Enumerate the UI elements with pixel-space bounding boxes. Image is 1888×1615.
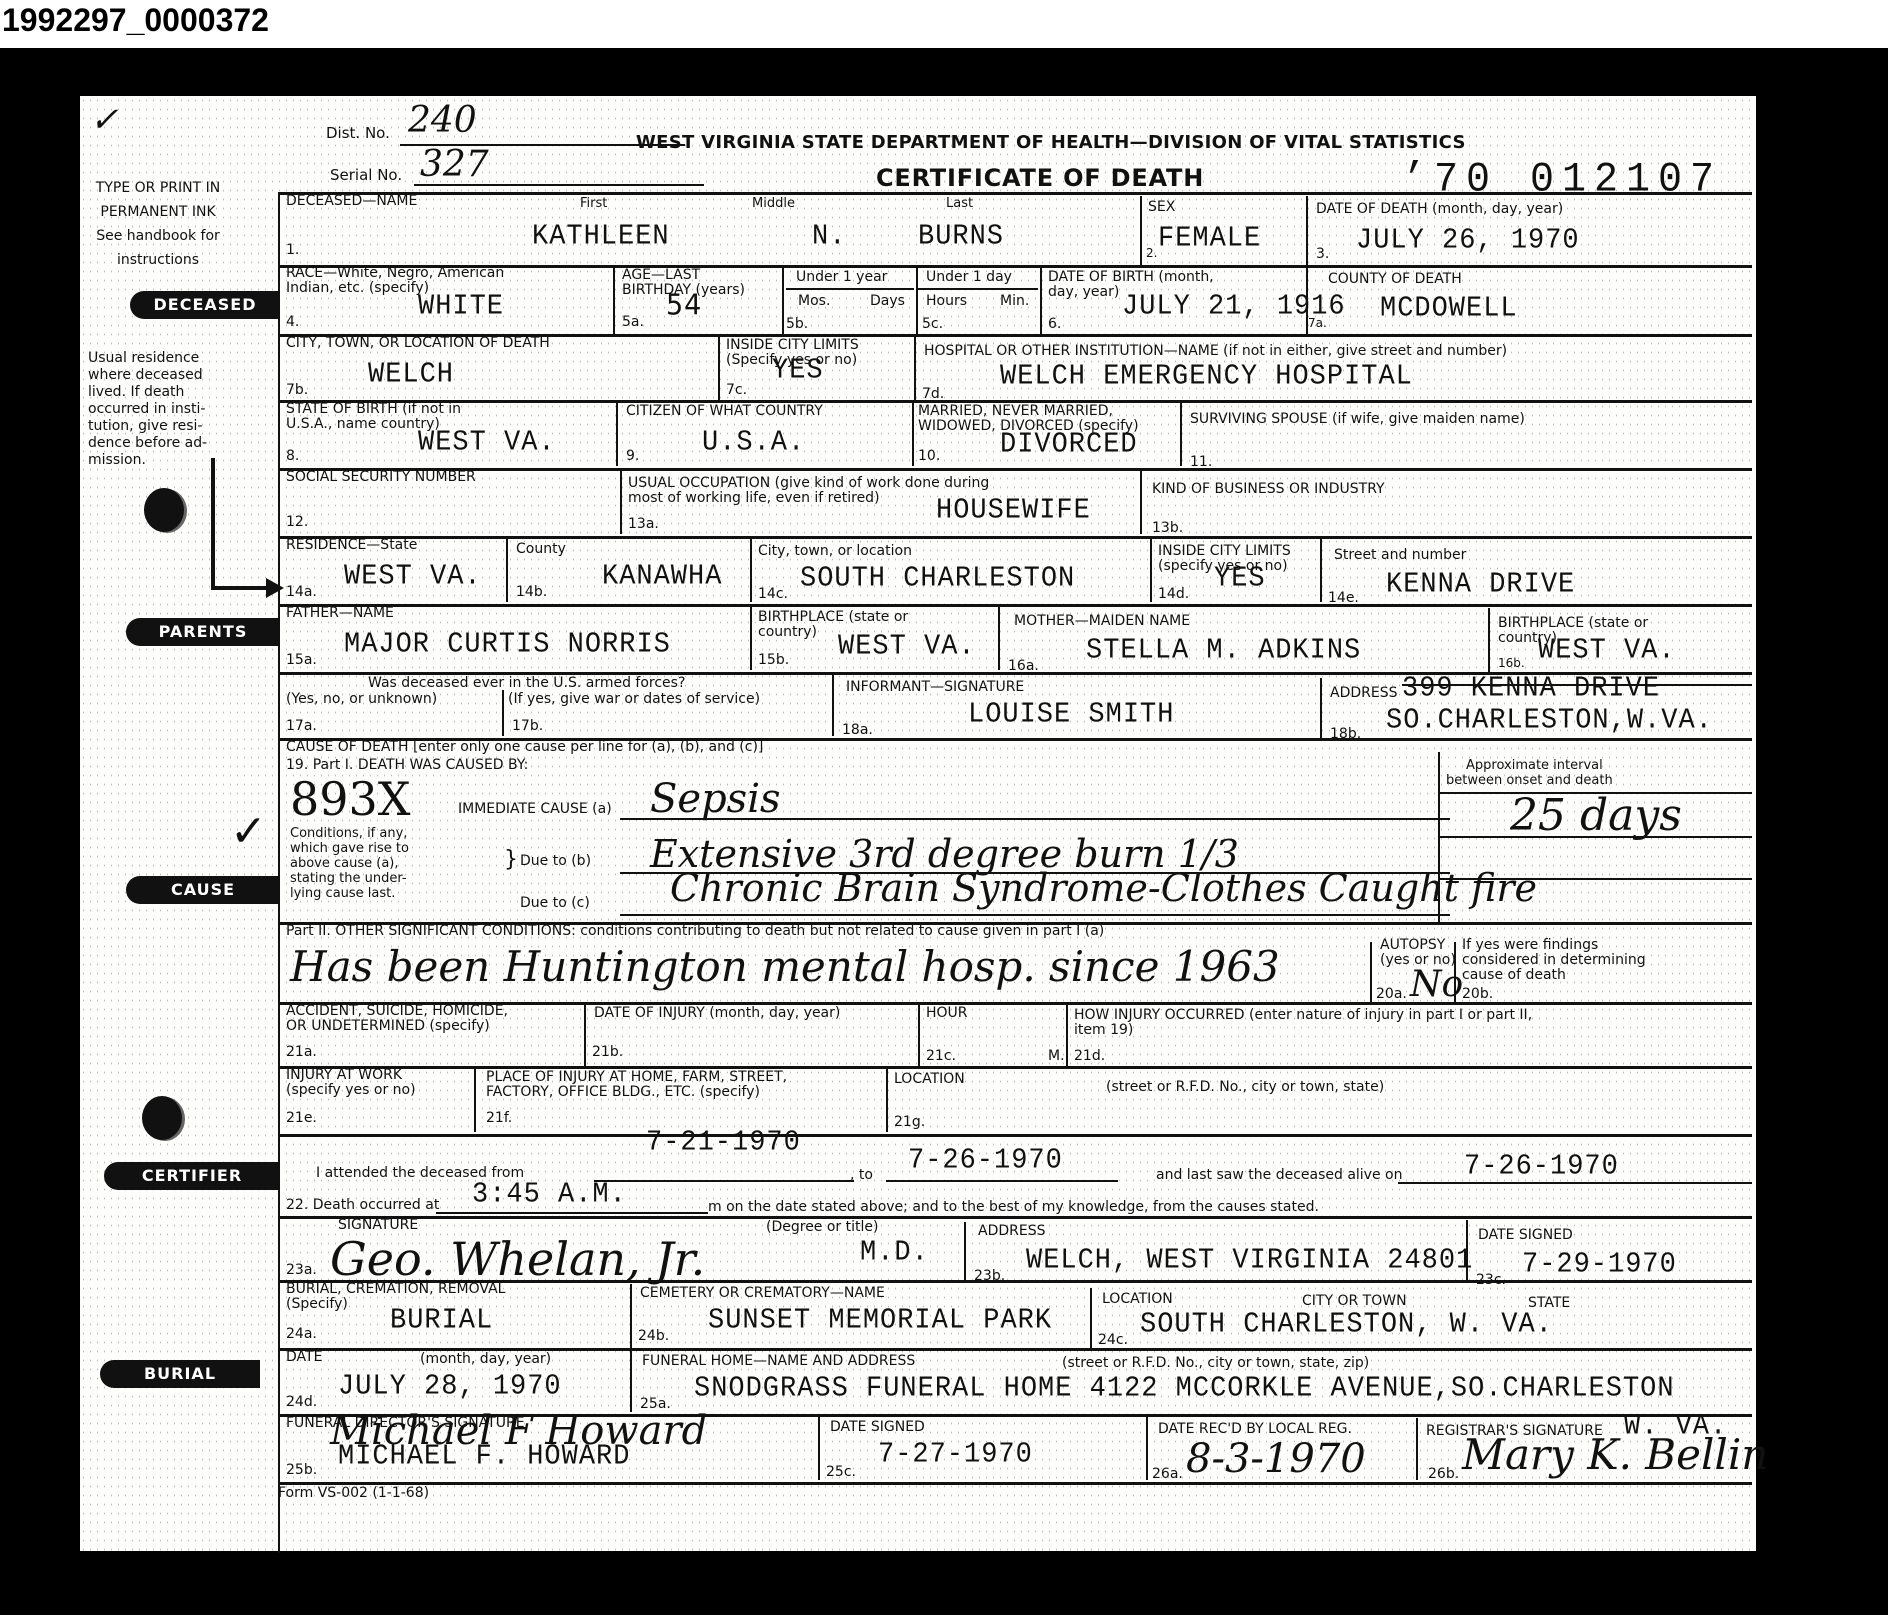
residence-street: KENNA DRIVE bbox=[1386, 569, 1575, 601]
divider bbox=[613, 268, 615, 334]
divider bbox=[786, 288, 914, 290]
brace-icon: } bbox=[504, 852, 518, 867]
to-label: , to bbox=[850, 1168, 873, 1183]
sex-label: SEX bbox=[1148, 200, 1175, 215]
occupation-value: HOUSEWIFE bbox=[936, 495, 1091, 527]
arrow-icon bbox=[211, 458, 215, 590]
item-number: 24d. bbox=[286, 1394, 317, 1410]
dist-no-label: Dist. No. bbox=[326, 126, 390, 141]
divider bbox=[1140, 470, 1142, 534]
part1-label: 19. Part I. DEATH WAS CAUSED BY: bbox=[286, 758, 528, 773]
section-tab-parents: PARENTS bbox=[126, 618, 280, 646]
armed-forces-b-label: (If yes, give war or dates of service) bbox=[508, 692, 760, 707]
injury-how-label: HOW INJURY OCCURRED (enter nature of inj… bbox=[1074, 1008, 1532, 1038]
inside-city-limits: YES bbox=[772, 355, 824, 387]
divider bbox=[1140, 196, 1142, 266]
divider bbox=[912, 402, 914, 466]
burial-city-label: CITY OR TOWN bbox=[1302, 1294, 1407, 1309]
father-name-label: FATHER—NAME bbox=[286, 606, 394, 621]
days-label: Days bbox=[870, 294, 905, 309]
certifier-address: WELCH, WEST VIRGINIA 24801 bbox=[1026, 1245, 1473, 1277]
item-number: 7c. bbox=[726, 382, 747, 398]
received-date-label: DATE REC'D BY LOCAL REG. bbox=[1158, 1422, 1352, 1437]
divider bbox=[914, 336, 916, 400]
findings-label: If yes were findingsconsidered in determ… bbox=[1462, 938, 1646, 983]
cause-code: 893X bbox=[290, 772, 411, 826]
divider bbox=[1040, 268, 1042, 334]
divider bbox=[278, 192, 1752, 195]
attended-to: 7-26-1970 bbox=[908, 1145, 1063, 1177]
item-number: 26a. bbox=[1152, 1466, 1183, 1482]
item-number: 9. bbox=[626, 448, 639, 464]
father-name: MAJOR CURTIS NORRIS bbox=[344, 629, 671, 661]
burial-location-label: LOCATION bbox=[1102, 1292, 1173, 1307]
item-number: 21g. bbox=[894, 1114, 925, 1130]
residence-county-label: County bbox=[516, 542, 566, 557]
interval-label: Approximate intervalbetween onset and de… bbox=[1446, 758, 1613, 788]
item-number: 21e. bbox=[286, 1110, 317, 1126]
punch-hole bbox=[142, 1096, 182, 1140]
under-1-day-label: Under 1 day bbox=[926, 270, 1012, 285]
section-tab-deceased: DECEASED bbox=[130, 291, 280, 319]
residence-note: Usual residence where deceased lived. If… bbox=[88, 350, 274, 469]
disposition-value: BURIAL bbox=[390, 1305, 493, 1337]
item-number: 1. bbox=[286, 242, 299, 258]
burial-date: JULY 28, 1970 bbox=[338, 1371, 562, 1403]
residence-state: WEST VA. bbox=[344, 561, 482, 593]
conditions-note: Conditions, if any,which gave rise toabo… bbox=[290, 826, 409, 901]
residence-inside-limits: YES bbox=[1214, 563, 1266, 595]
director-date-label: DATE SIGNED bbox=[830, 1420, 925, 1435]
date-of-death-label: DATE OF DEATH (month, day, year) bbox=[1316, 202, 1563, 217]
item-number: 21a. bbox=[286, 1044, 317, 1060]
item-number: 25c. bbox=[826, 1464, 856, 1480]
divider bbox=[630, 1350, 632, 1412]
divider bbox=[414, 184, 704, 186]
due-to-c: Chronic Brain Syndrome-Clothes Caught fi… bbox=[670, 866, 1537, 910]
burial-date-hint: (month, day, year) bbox=[420, 1352, 551, 1367]
divider bbox=[1402, 684, 1752, 686]
item-number: 14d. bbox=[1158, 586, 1189, 602]
middle-label: Middle bbox=[752, 196, 795, 211]
citizen-label: CITIZEN OF WHAT COUNTRY bbox=[626, 404, 823, 419]
immediate-cause-label: IMMEDIATE CAUSE (a) bbox=[458, 802, 612, 817]
divider bbox=[1180, 402, 1182, 466]
item-number: 4. bbox=[286, 314, 299, 330]
divider bbox=[278, 1134, 1752, 1137]
divider bbox=[1440, 878, 1752, 880]
arrow-icon bbox=[211, 586, 269, 590]
divider bbox=[1066, 1004, 1068, 1066]
item-number: 14b. bbox=[516, 584, 547, 600]
under-1-year-label: Under 1 year bbox=[796, 270, 887, 285]
divider bbox=[278, 468, 1752, 471]
date-of-death: JULY 26, 1970 bbox=[1356, 225, 1580, 257]
item-number: 5c. bbox=[922, 316, 943, 332]
item-number: 26b. bbox=[1428, 1466, 1459, 1482]
surviving-spouse-label: SURVIVING SPOUSE (if wife, give maiden n… bbox=[1190, 412, 1525, 427]
citizen-value: U.S.A. bbox=[702, 427, 805, 459]
death-time: 3:45 A.M. bbox=[472, 1179, 627, 1211]
informant-address-line1: 399 KENNA DRIVE bbox=[1402, 673, 1660, 705]
item-number: 2. bbox=[1146, 246, 1157, 260]
divider bbox=[474, 1068, 476, 1132]
registrar-signature: Mary K. Bellin bbox=[1462, 1430, 1768, 1479]
divider bbox=[616, 402, 618, 466]
item-number: 20a. bbox=[1376, 986, 1407, 1002]
section-tab-cause: CAUSE bbox=[126, 876, 280, 904]
item-number: 25b. bbox=[286, 1462, 317, 1478]
divider bbox=[918, 1004, 920, 1066]
item-number: 24c. bbox=[1098, 1332, 1128, 1348]
armed-forces-a-label: (Yes, no, or unknown) bbox=[286, 692, 437, 707]
marital-status: DIVORCED bbox=[1000, 429, 1138, 461]
residence-county: KANAWHA bbox=[602, 561, 722, 593]
divider bbox=[278, 604, 1752, 607]
divider bbox=[620, 914, 1450, 916]
item-number: 3. bbox=[1316, 246, 1329, 262]
deceased-name-label: DECEASED—NAME bbox=[286, 194, 417, 209]
item-number: 17b. bbox=[512, 718, 543, 734]
due-to-b-label: Due to (b) bbox=[520, 854, 591, 869]
item-number: 7b. bbox=[286, 382, 308, 398]
item-number: 23a. bbox=[286, 1262, 317, 1278]
residence-state-label: RESIDENCE—State bbox=[286, 538, 417, 553]
form-id: Form VS-002 (1-1-68) bbox=[278, 1486, 429, 1501]
item-number: 15a. bbox=[286, 652, 317, 668]
divider bbox=[278, 1482, 1752, 1485]
divider bbox=[1466, 1220, 1468, 1280]
residence-street-label: Street and number bbox=[1334, 548, 1466, 563]
punch-hole bbox=[144, 488, 184, 532]
divider bbox=[1488, 608, 1490, 672]
divider bbox=[1150, 538, 1152, 602]
item-number: 21f. bbox=[486, 1110, 512, 1126]
divider bbox=[1090, 1288, 1092, 1350]
injury-at-work-label: INJURY AT WORK(specify yes or no) bbox=[286, 1068, 416, 1098]
director-date: 7-27-1970 bbox=[878, 1439, 1033, 1471]
injury-location-label: LOCATION bbox=[894, 1072, 965, 1087]
last-seen-label: and last saw the deceased alive on bbox=[1156, 1168, 1402, 1183]
injury-hour-label: HOUR bbox=[926, 1006, 968, 1021]
death-time-suffix: m on the date stated above; and to the b… bbox=[708, 1200, 1319, 1215]
section-tab-certifier: CERTIFIER bbox=[104, 1162, 280, 1190]
item-number: 20b. bbox=[1462, 986, 1493, 1002]
divider bbox=[718, 336, 720, 400]
divider bbox=[1320, 678, 1322, 738]
divider bbox=[1320, 538, 1322, 602]
item-number: 5b. bbox=[786, 316, 808, 332]
divider bbox=[1416, 1418, 1418, 1480]
divider bbox=[584, 1004, 586, 1066]
item-number: 8. bbox=[286, 448, 299, 464]
cemetery-name: SUNSET MEMORIAL PARK bbox=[708, 1305, 1052, 1337]
item-number: 15b. bbox=[758, 652, 789, 668]
injury-type-label: ACCIDENT, SUICIDE, HOMICIDE,OR UNDETERMI… bbox=[286, 1004, 508, 1034]
item-number: 24a. bbox=[286, 1326, 317, 1342]
degree-label: (Degree or title) bbox=[766, 1220, 878, 1235]
check-mark-icon: ✓ bbox=[90, 100, 119, 140]
county-of-death: MCDOWELL bbox=[1380, 293, 1518, 325]
race-value: WHITE bbox=[418, 291, 504, 323]
divider bbox=[620, 818, 1450, 820]
item-number: 24b. bbox=[638, 1328, 669, 1344]
due-to-c-label: Due to (c) bbox=[520, 896, 590, 911]
item-number: 17a. bbox=[286, 718, 317, 734]
certificate-number: ’70 012107 bbox=[1402, 157, 1722, 204]
agency-heading: WEST VIRGINIA STATE DEPARTMENT OF HEALTH… bbox=[636, 132, 1466, 153]
city-of-death-label: CITY, TOWN, OR LOCATION OF DEATH bbox=[286, 336, 550, 351]
business-label: KIND OF BUSINESS OR INDUSTRY bbox=[1152, 482, 1385, 497]
item-number: 13b. bbox=[1152, 520, 1183, 536]
attended-from: 7-21-1970 bbox=[646, 1127, 801, 1159]
degree-value: M.D. bbox=[860, 1237, 929, 1269]
dist-no: 240 bbox=[408, 100, 477, 141]
state-of-birth: WEST VA. bbox=[418, 427, 556, 459]
item-number: 10. bbox=[918, 448, 940, 464]
city-of-death: WELCH bbox=[368, 359, 454, 391]
item-number: 13a. bbox=[628, 516, 659, 532]
months-label: Mos. bbox=[798, 294, 830, 309]
last-name: BURNS bbox=[918, 221, 1004, 253]
cemetery-label: CEMETERY OR CREMATORY—NAME bbox=[640, 1286, 885, 1301]
item-number: 21d. bbox=[1074, 1048, 1105, 1064]
funeral-home: SNODGRASS FUNERAL HOME 4122 MCCORKLE AVE… bbox=[694, 1373, 1675, 1405]
mother-name: STELLA M. ADKINS bbox=[1086, 635, 1361, 667]
received-date: 8-3-1970 bbox=[1186, 1436, 1366, 1482]
burial-location: SOUTH CHARLESTON, W. VA. bbox=[1140, 1309, 1553, 1341]
check-mark-icon: ✓ bbox=[230, 806, 267, 857]
divider bbox=[1370, 942, 1372, 1004]
arrow-head-icon bbox=[266, 578, 284, 598]
divider bbox=[1398, 1182, 1752, 1184]
mother-birthplace: WEST VA. bbox=[1538, 635, 1676, 667]
divider bbox=[832, 674, 834, 736]
divider bbox=[918, 288, 1038, 290]
divider bbox=[1440, 836, 1752, 838]
burial-date-label: DATE bbox=[286, 1350, 322, 1365]
ssn-label: SOCIAL SECURITY NUMBER bbox=[286, 470, 476, 485]
divider bbox=[964, 1222, 966, 1280]
divider bbox=[502, 690, 504, 736]
hospital-label: HOSPITAL OR OTHER INSTITUTION—NAME (if n… bbox=[924, 344, 1507, 359]
immediate-cause: Sepsis bbox=[650, 776, 781, 822]
minutes-label: Min. bbox=[1000, 294, 1029, 309]
divider bbox=[436, 1212, 708, 1214]
divider bbox=[818, 1416, 820, 1480]
last-label: Last bbox=[946, 196, 973, 211]
first-label: First bbox=[580, 196, 607, 211]
sex-value: FEMALE bbox=[1158, 223, 1261, 255]
serial-no-label: Serial No. bbox=[330, 168, 402, 183]
item-number: 21c. bbox=[926, 1048, 956, 1064]
first-name: KATHLEEN bbox=[532, 221, 670, 253]
armed-forces-question: Was deceased ever in the U.S. armed forc… bbox=[368, 676, 685, 691]
date-signed-label: DATE SIGNED bbox=[1478, 1228, 1573, 1243]
divider bbox=[506, 538, 508, 602]
hour-suffix: M. bbox=[1048, 1048, 1065, 1064]
item-number: 16b. bbox=[1498, 656, 1525, 670]
divider bbox=[278, 1216, 1752, 1219]
item-number: 5a. bbox=[622, 314, 644, 330]
residence-city: SOUTH CHARLESTON bbox=[800, 563, 1075, 595]
interval-value: 25 days bbox=[1510, 790, 1682, 841]
item-number: 14a. bbox=[286, 584, 317, 600]
funeral-home-hint: (street or R.F.D. No., city or town, sta… bbox=[1062, 1356, 1369, 1371]
divider bbox=[620, 470, 622, 534]
certificate-page: ✓ Dist. No. 240 Serial No. 327 WEST VIRG… bbox=[80, 96, 1756, 1551]
divider bbox=[750, 606, 752, 670]
item-number: 18a. bbox=[842, 722, 873, 738]
divider bbox=[886, 1180, 1118, 1182]
divider bbox=[998, 606, 1000, 670]
informant-address-line2: SO.CHARLESTON,W.VA. bbox=[1386, 705, 1713, 737]
funeral-home-label: FUNERAL HOME—NAME AND ADDRESS bbox=[642, 1354, 915, 1369]
divider bbox=[630, 1284, 632, 1348]
mother-name-label: MOTHER—MAIDEN NAME bbox=[1014, 614, 1190, 629]
serial-no: 327 bbox=[420, 144, 489, 185]
divider bbox=[1306, 196, 1308, 266]
divider bbox=[594, 1180, 854, 1182]
ink-instructions: TYPE OR PRINT IN PERMANENT INK See handb… bbox=[88, 176, 228, 272]
hours-label: Hours bbox=[926, 294, 967, 309]
top-band: 1992297_0000372 bbox=[0, 0, 1888, 48]
divider bbox=[278, 536, 1752, 539]
divider bbox=[782, 268, 784, 334]
other-conditions: Has been Huntington mental hosp. since 1… bbox=[290, 942, 1280, 991]
hospital-name: WELCH EMERGENCY HOSPITAL bbox=[1000, 361, 1413, 393]
informant-label: INFORMANT—SIGNATURE bbox=[846, 680, 1024, 695]
residence-city-label: City, town, or location bbox=[758, 544, 912, 559]
informant-name: LOUISE SMITH bbox=[968, 699, 1174, 731]
injury-date-label: DATE OF INJURY (month, day, year) bbox=[594, 1006, 840, 1021]
funeral-director-name: MICHAEL F. HOWARD bbox=[338, 1441, 630, 1473]
item-number: 14c. bbox=[758, 586, 788, 602]
certificate-title: CERTIFICATE OF DEATH bbox=[876, 164, 1204, 192]
county-of-death-label: COUNTY OF DEATH bbox=[1328, 272, 1462, 287]
divider bbox=[1454, 942, 1456, 1004]
signature-label: SIGNATURE bbox=[338, 1218, 418, 1233]
divider bbox=[916, 268, 918, 334]
certifier-address-label: ADDRESS bbox=[978, 1224, 1045, 1239]
part2-label: Part II. OTHER SIGNIFICANT CONDITIONS: c… bbox=[286, 924, 1104, 939]
certifier-signature: Geo. Whelan, Jr. bbox=[330, 1232, 705, 1286]
item-number: 21b. bbox=[592, 1044, 623, 1060]
divider bbox=[750, 538, 752, 602]
item-number: 7a. bbox=[1308, 316, 1327, 330]
father-birthplace: WEST VA. bbox=[838, 631, 976, 663]
item-number: 6. bbox=[1048, 316, 1061, 332]
informant-address-label: ADDRESS bbox=[1330, 686, 1397, 701]
item-number: 12. bbox=[286, 514, 308, 530]
divider bbox=[1146, 1416, 1148, 1480]
middle-name: N. bbox=[812, 221, 846, 253]
cause-header: CAUSE OF DEATH [enter only one cause per… bbox=[286, 740, 763, 755]
injury-location-hint: (street or R.F.D. No., city or town, sta… bbox=[1106, 1080, 1384, 1095]
last-seen-date: 7-26-1970 bbox=[1464, 1151, 1619, 1183]
divider bbox=[886, 1068, 888, 1132]
injury-place-label: PLACE OF INJURY AT HOME, FARM, STREET,FA… bbox=[486, 1070, 787, 1100]
death-time-label: 22. Death occurred at bbox=[286, 1198, 439, 1213]
section-tab-burial: BURIAL bbox=[100, 1360, 260, 1388]
age-value: 54 bbox=[666, 289, 702, 322]
date-signed: 7-29-1970 bbox=[1522, 1249, 1677, 1281]
document-id: 1992297_0000372 bbox=[2, 2, 269, 39]
